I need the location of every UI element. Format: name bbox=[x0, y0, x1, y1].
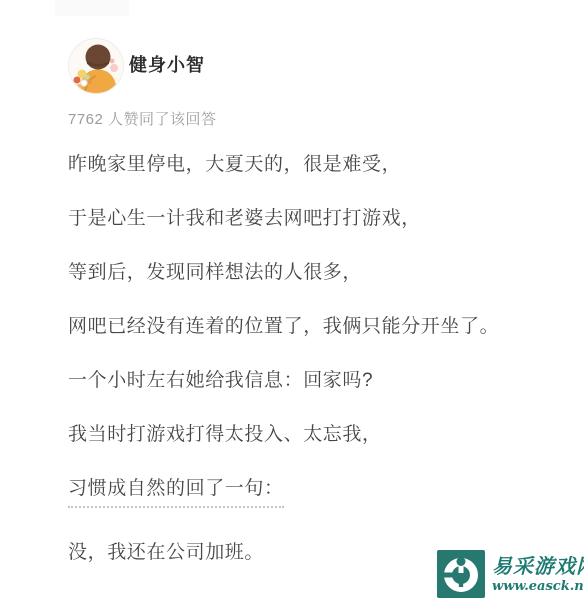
vote-count: 7762 人赞同了该回答 bbox=[68, 108, 217, 129]
post-paragraph: 我当时打游戏打得太投入、太忘我， bbox=[68, 422, 382, 448]
post-paragraph: 没，我还在公司加班。 bbox=[68, 540, 264, 566]
post-paragraph: 等到后，发现同样想法的人很多， bbox=[68, 260, 362, 286]
cropped-ui-remnant bbox=[55, 0, 129, 16]
watermark: 易采游戏网 www.easck.net bbox=[437, 550, 584, 598]
post-paragraph: 于是心生一计我和老婆去网吧打打游戏， bbox=[68, 206, 421, 232]
username[interactable]: 健身小智 bbox=[129, 51, 205, 77]
post-screenshot: 健身小智 7762 人赞同了该回答 昨晚家里停电，大夏天的，很是难受， 于是心生… bbox=[0, 0, 584, 604]
highlighted-phrase: 习惯成自然的回了一句： bbox=[68, 478, 284, 508]
avatar-illustration bbox=[68, 38, 124, 94]
post-paragraph: 习惯成自然的回了一句： bbox=[68, 476, 284, 502]
watermark-site-name: 易采游戏网 bbox=[492, 554, 584, 578]
avatar[interactable] bbox=[68, 38, 124, 94]
watermark-site-url: www.easck.net bbox=[492, 578, 584, 595]
post-paragraph: 昨晚家里停电，大夏天的，很是难受， bbox=[68, 152, 401, 178]
post-paragraph: 网吧已经没有连着的位置了，我俩只能分开坐了。 bbox=[68, 314, 499, 340]
easck-logo-icon bbox=[437, 550, 485, 598]
post-paragraph: 一个小时左右她给我信息：回家吗? bbox=[68, 368, 373, 394]
watermark-text: 易采游戏网 www.easck.net bbox=[492, 554, 584, 595]
